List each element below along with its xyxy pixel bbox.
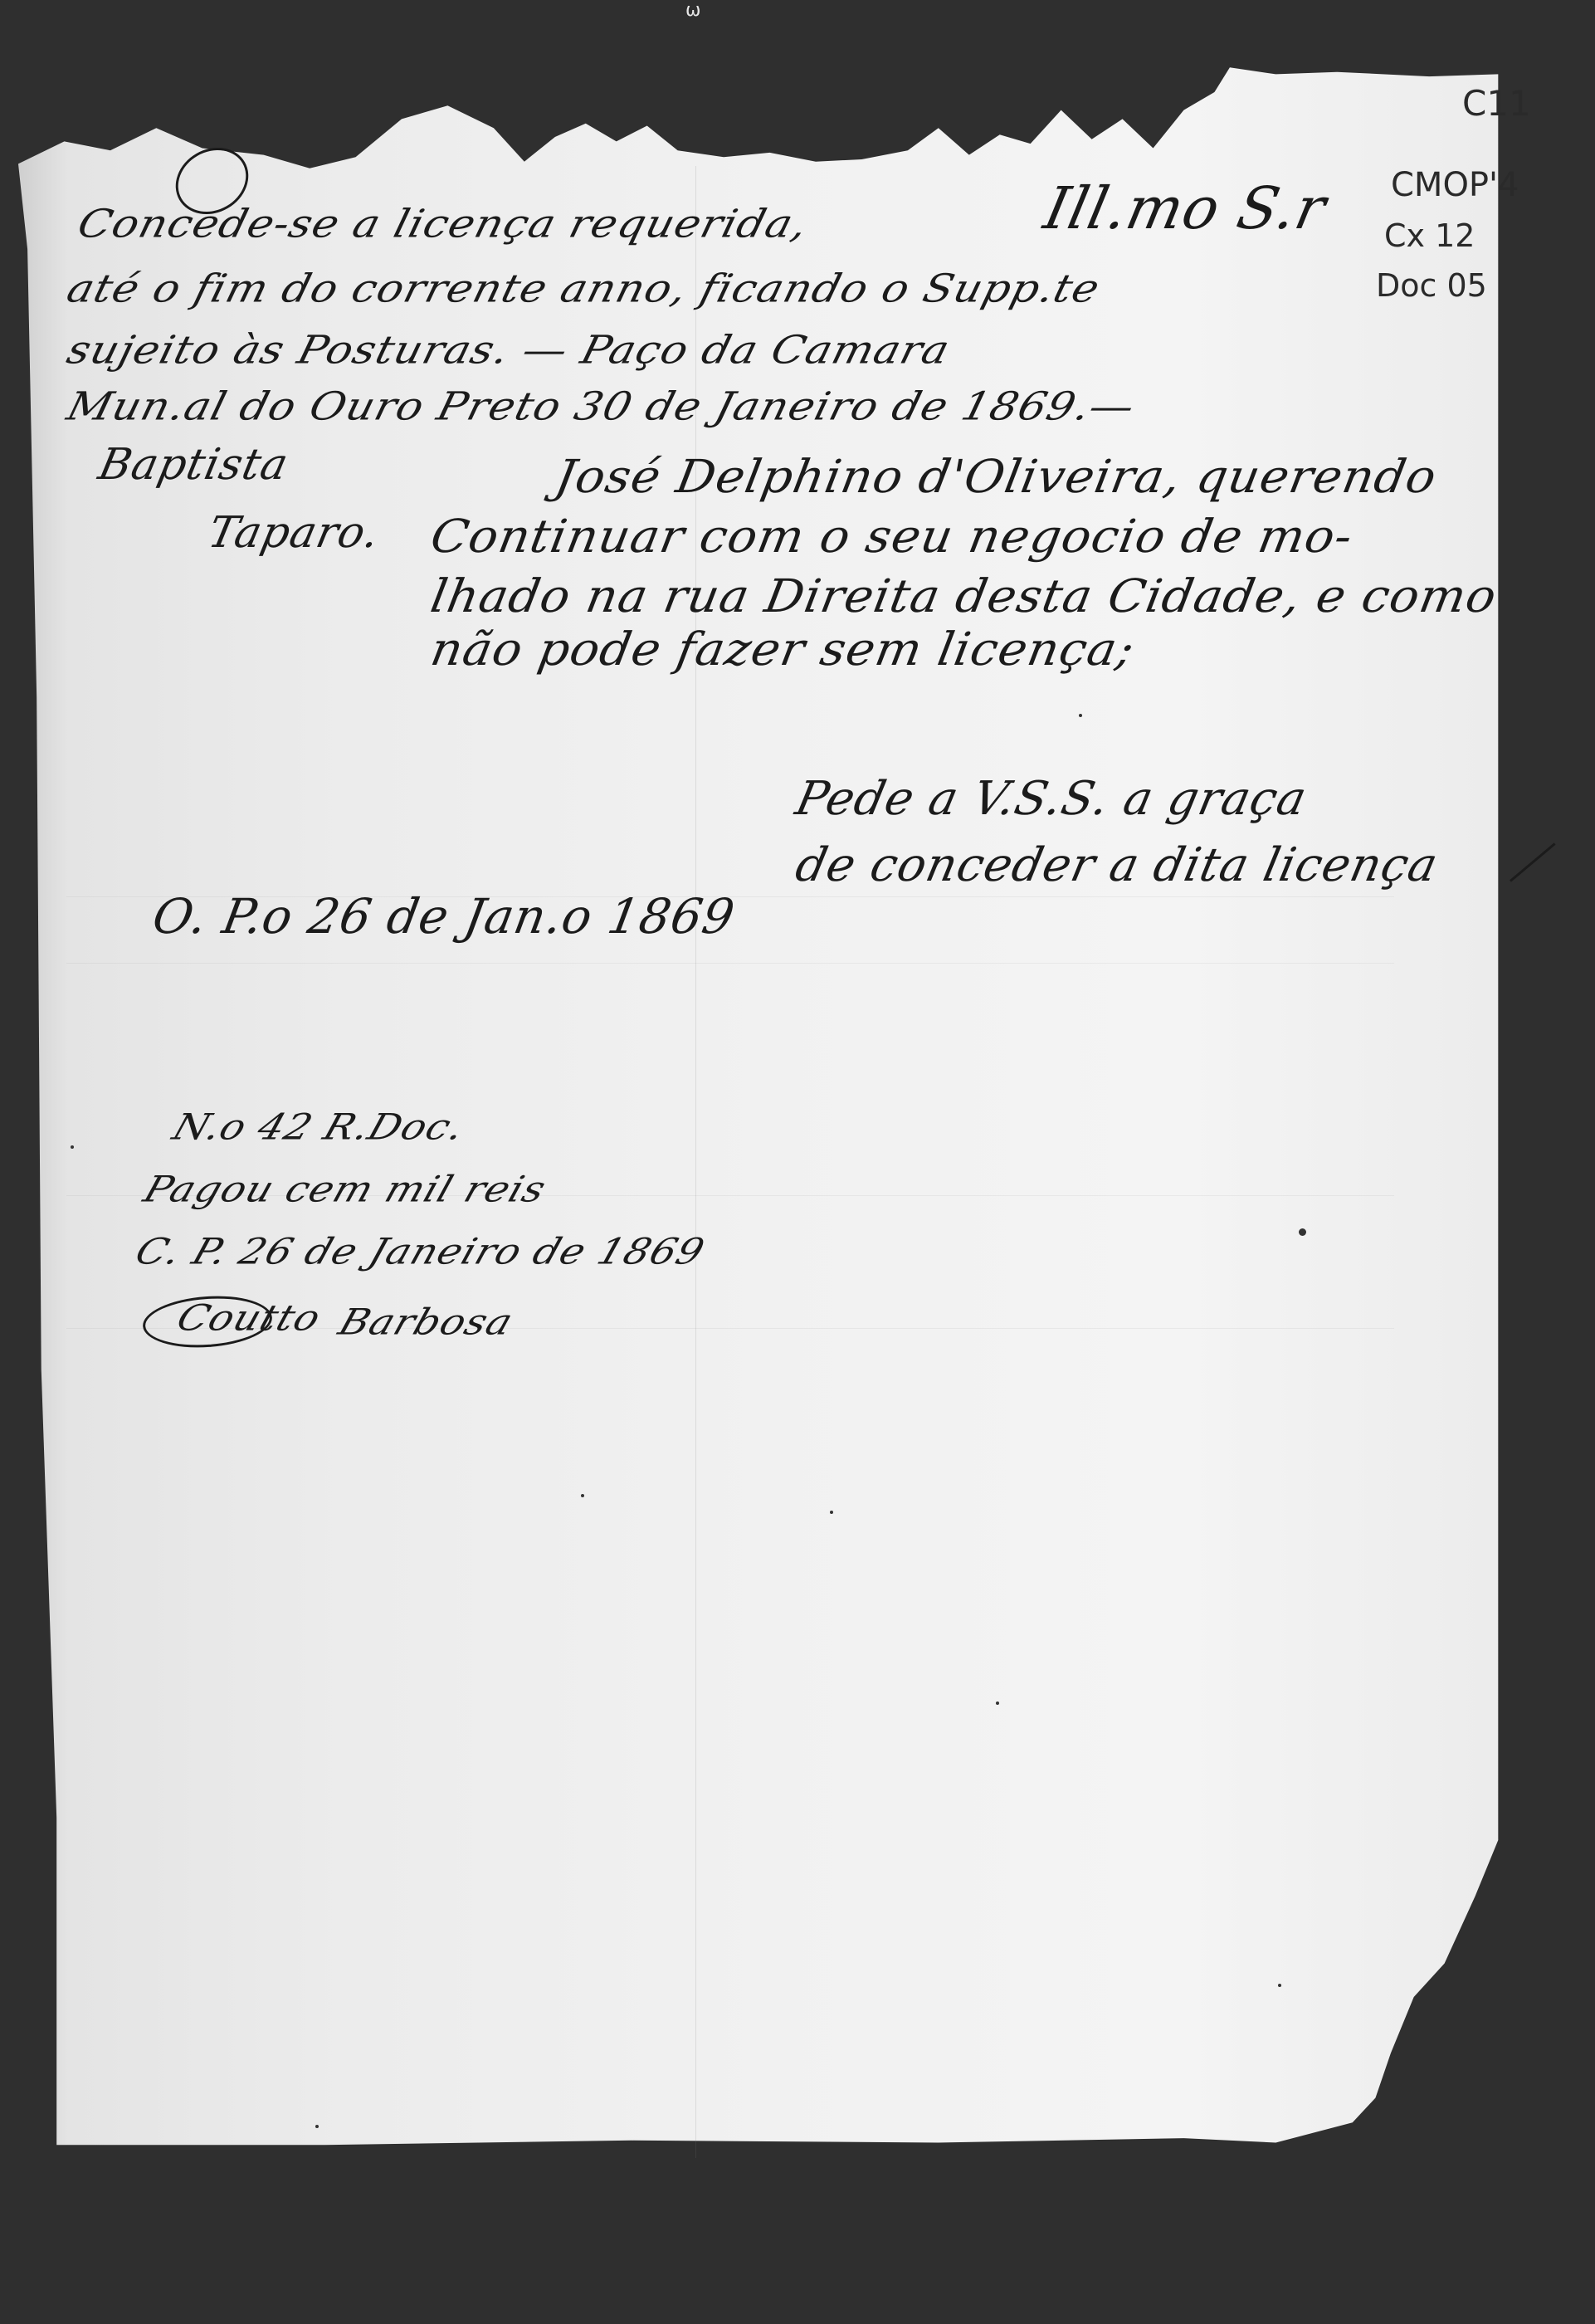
dispatch-signature-1: Baptista [95, 440, 293, 490]
receipt-line-3: C. P. 26 de Janeiro de 1869 [130, 1231, 710, 1272]
ink-speck [1299, 1228, 1306, 1236]
ink-speck [1278, 1984, 1281, 1987]
request-line-1: Pede a V.S.S. a graça [791, 772, 1312, 826]
archive-box-label: Cx 12 [1384, 217, 1475, 254]
top-mark: ω [685, 0, 700, 21]
dispatch-line-2: até o fim do corrente anno, ficando o Su… [62, 266, 1105, 311]
request-line-2: de conceder a dita licença [791, 838, 1443, 892]
ink-speck [71, 1145, 74, 1149]
petition-line-2: Continuar com o seu negocio de mo- [427, 510, 1357, 564]
petition-line-1: José Delphino d'Oliveira, querendo [551, 450, 1441, 504]
archive-folio-label: C11 [1462, 83, 1531, 124]
request-flourish [1510, 842, 1556, 881]
ruled-line [66, 963, 1394, 964]
petition-line-3: lhado na rua Direita desta Cidade, e com… [427, 569, 1500, 623]
scanned-page: ω C11 CMOP'4 Cx 12 Doc 05 Concede-se a l… [0, 0, 1595, 2324]
dispatch-line-4: Mun.al do Ouro Preto 30 de Janeiro de 18… [62, 384, 1139, 429]
ink-speck [1079, 714, 1082, 717]
receipt-line-1: N.o 42 R.Doc. [168, 1106, 471, 1148]
ink-speck [315, 2125, 319, 2128]
dispatch-line-3: sujeito às Posturas. — Paço da Camara [62, 328, 954, 373]
ink-speck [996, 1701, 999, 1705]
dispatch-line-1: Concede-se a licença requerida, [73, 202, 812, 247]
archive-collection-label: CMOP'4 [1391, 166, 1519, 204]
dispatch-signature-2: Taparo. [204, 508, 384, 558]
ink-speck [830, 1511, 833, 1514]
receipt-line-2: Pagou cem mil reis [139, 1169, 552, 1210]
petition-line-4: não pode fazer sem licença; [427, 622, 1139, 676]
petition-date: O. P.o 26 de Jan.o 1869 [149, 888, 739, 945]
receipt-signature-2: Barbosa [334, 1301, 519, 1343]
archive-document-label: Doc 05 [1376, 267, 1487, 304]
salutation: Ill.mo S.r [1038, 174, 1332, 242]
ink-speck [581, 1494, 584, 1497]
